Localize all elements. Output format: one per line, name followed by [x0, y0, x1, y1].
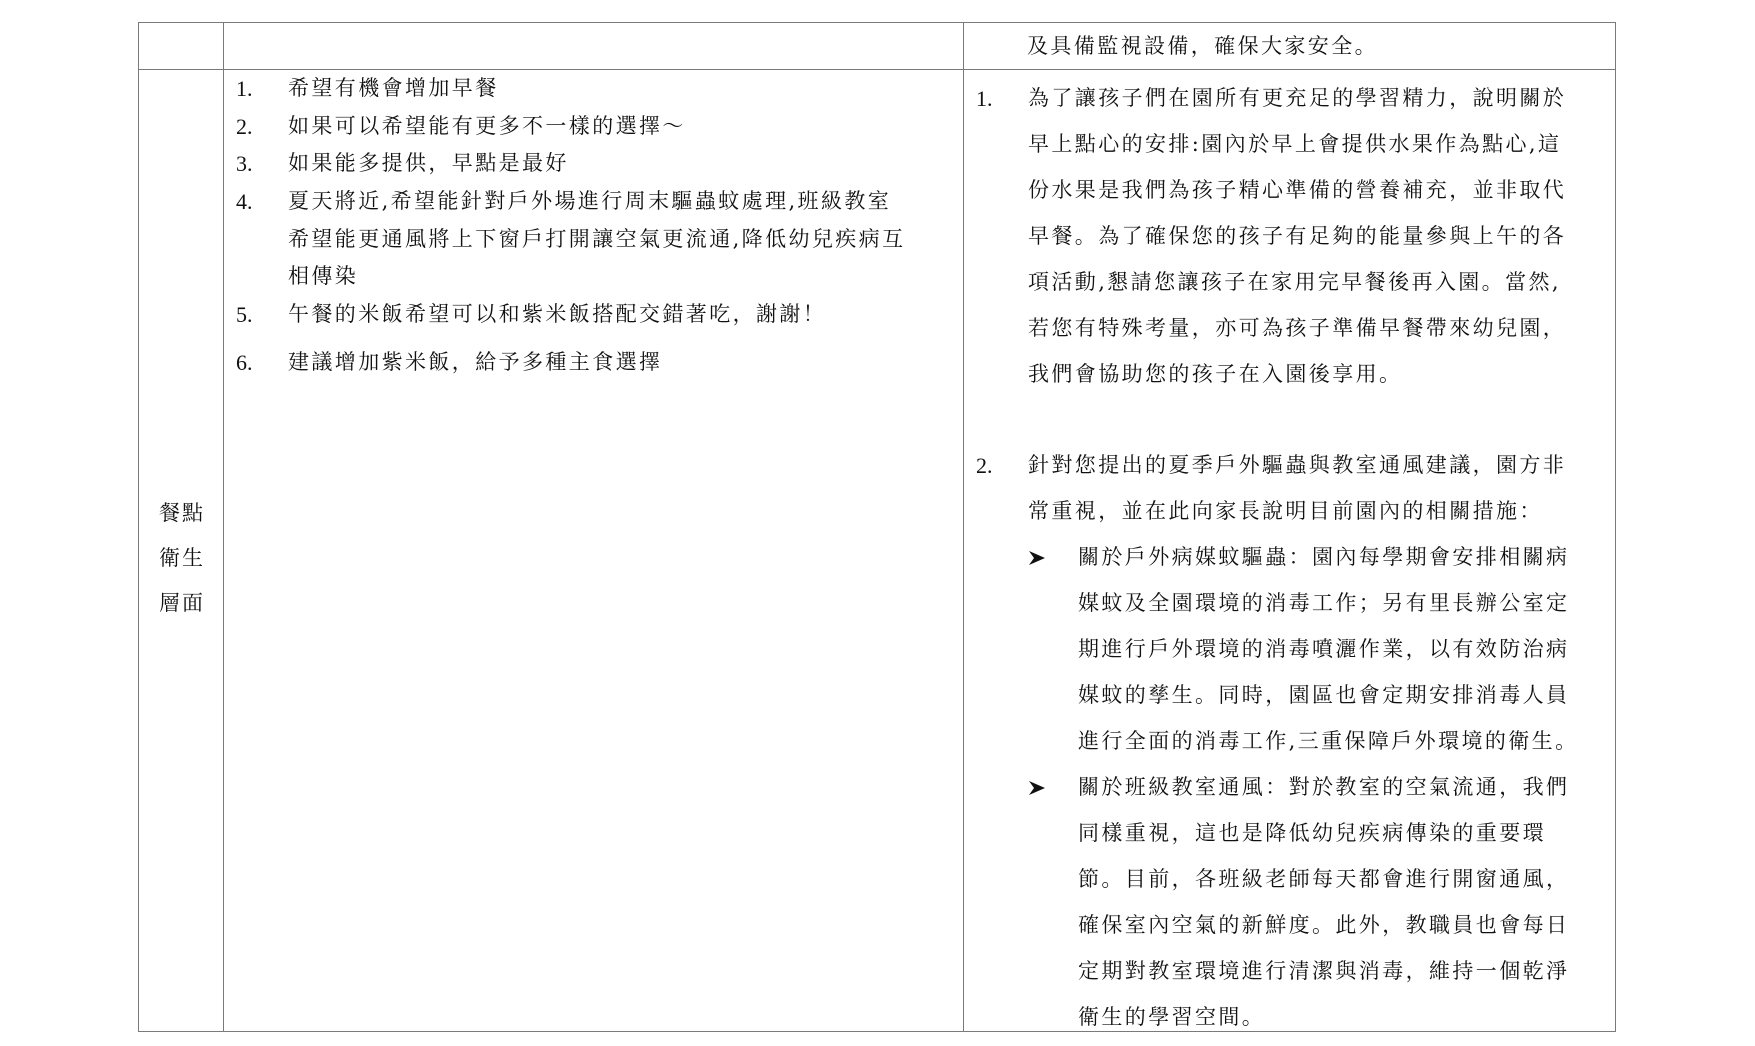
response-text-line-1: 針對您提出的夏季戶外驅蟲與教室通風建議，園方非: [1028, 455, 1566, 476]
response-text-line-3: 份水果是我們為孩子精心準備的營養補充，並非取代: [1028, 180, 1566, 201]
category-label-line-1: 餐點: [159, 503, 205, 524]
response-text-line-2: 常重視，並在此向家長說明目前園內的相關措施：: [1028, 501, 1543, 522]
suggestion-number: 4.: [236, 191, 253, 213]
row-divider: [139, 69, 1615, 70]
response-text-line-2: 早上點心的安排:園內於早上會提供水果作為點心,這: [1028, 134, 1561, 155]
response-text-line-7: 我們會協助您的孩子在入園後享用。: [1028, 364, 1402, 385]
suggestion-text-line-1: 夏天將近,希望能針對戶外場進行周末驅蟲蚊處理,班級教室: [288, 191, 891, 212]
suggestion-number: 2.: [236, 116, 253, 138]
response-text-line-1: 為了讓孩子們在園所有更充足的學習精力，說明關於: [1028, 88, 1566, 109]
bullet-text-line-4: 媒蚊的孳生。同時，園區也會定期安排消毒人員: [1078, 685, 1569, 706]
column-divider-2: [963, 23, 964, 1031]
suggestion-text: 午餐的米飯希望可以和紫米飯搭配交錯著吃，謝謝！: [288, 304, 826, 325]
bullet-text-line-2: 媒蚊及全園環境的消毒工作；另有里長辦公室定: [1078, 593, 1569, 614]
suggestion-text: 建議增加紫米飯，給予多種主食選擇: [288, 352, 662, 373]
bullet-text-line-4: 確保室內空氣的新鮮度。此外，教職員也會每日: [1078, 915, 1569, 936]
bullet-text-line-1: 關於班級教室通風：對於教室的空氣流通，我們: [1078, 777, 1569, 798]
arrowhead-bullet-icon: [1028, 549, 1046, 571]
feedback-table: 及具備監視設備，確保大家安全。 餐點 衛生 層面 1. 希望有機會增加早餐 2.…: [138, 22, 1616, 1032]
bullet-text-line-5: 進行全面的消毒工作,三重保障戶外環境的衛生。: [1078, 731, 1578, 752]
response-text-line-4: 早餐。為了確保您的孩子有足夠的能量參與上午的各: [1028, 226, 1566, 247]
category-label-line-2: 衛生: [159, 548, 205, 569]
response-number: 1.: [976, 88, 993, 110]
bullet-text-line-1: 關於戶外病媒蚊驅蟲：園內每學期會安排相關病: [1078, 547, 1569, 568]
bullet-text-line-3: 期進行戶外環境的消毒噴灑作業，以有效防治病: [1078, 639, 1569, 660]
suggestion-number: 6.: [236, 352, 253, 374]
bullet-text-line-5: 定期對教室環境進行清潔與消毒，維持一個乾淨: [1078, 961, 1569, 982]
response-text-line-6: 若您有特殊考量，亦可為孩子準備早餐帶來幼兒園，: [1028, 318, 1566, 339]
suggestion-number: 5.: [236, 304, 253, 326]
category-label-line-3: 層面: [159, 593, 205, 614]
response-number: 2.: [976, 455, 993, 477]
bullet-text-line-3: 節。目前，各班級老師每天都會進行開窗通風，: [1078, 869, 1569, 890]
arrowhead-bullet-icon: [1028, 779, 1046, 801]
suggestion-text: 如果可以希望能有更多不一樣的選擇～: [288, 116, 686, 137]
suggestion-text: 希望有機會增加早餐: [288, 78, 499, 99]
suggestion-number: 1.: [236, 78, 253, 100]
suggestion-text: 如果能多提供，早點是最好: [288, 153, 569, 174]
response-text-line-5: 項活動,懇請您讓孩子在家用完早餐後再入園。當然,: [1028, 272, 1561, 293]
column-divider-1: [223, 23, 224, 1031]
suggestion-text-line-3: 相傳染: [288, 266, 358, 287]
suggestion-number: 3.: [236, 153, 253, 175]
row0-response-continuation: 及具備監視設備，確保大家安全。: [1027, 36, 1378, 57]
suggestion-text-line-2: 希望能更通風將上下窗戶打開讓空氣更流通,降低幼兒疾病互: [288, 229, 905, 250]
bullet-text-line-6: 衛生的學習空間。: [1078, 1007, 1265, 1028]
bullet-text-line-2: 同樣重視，這也是降低幼兒疾病傳染的重要環: [1078, 823, 1546, 844]
